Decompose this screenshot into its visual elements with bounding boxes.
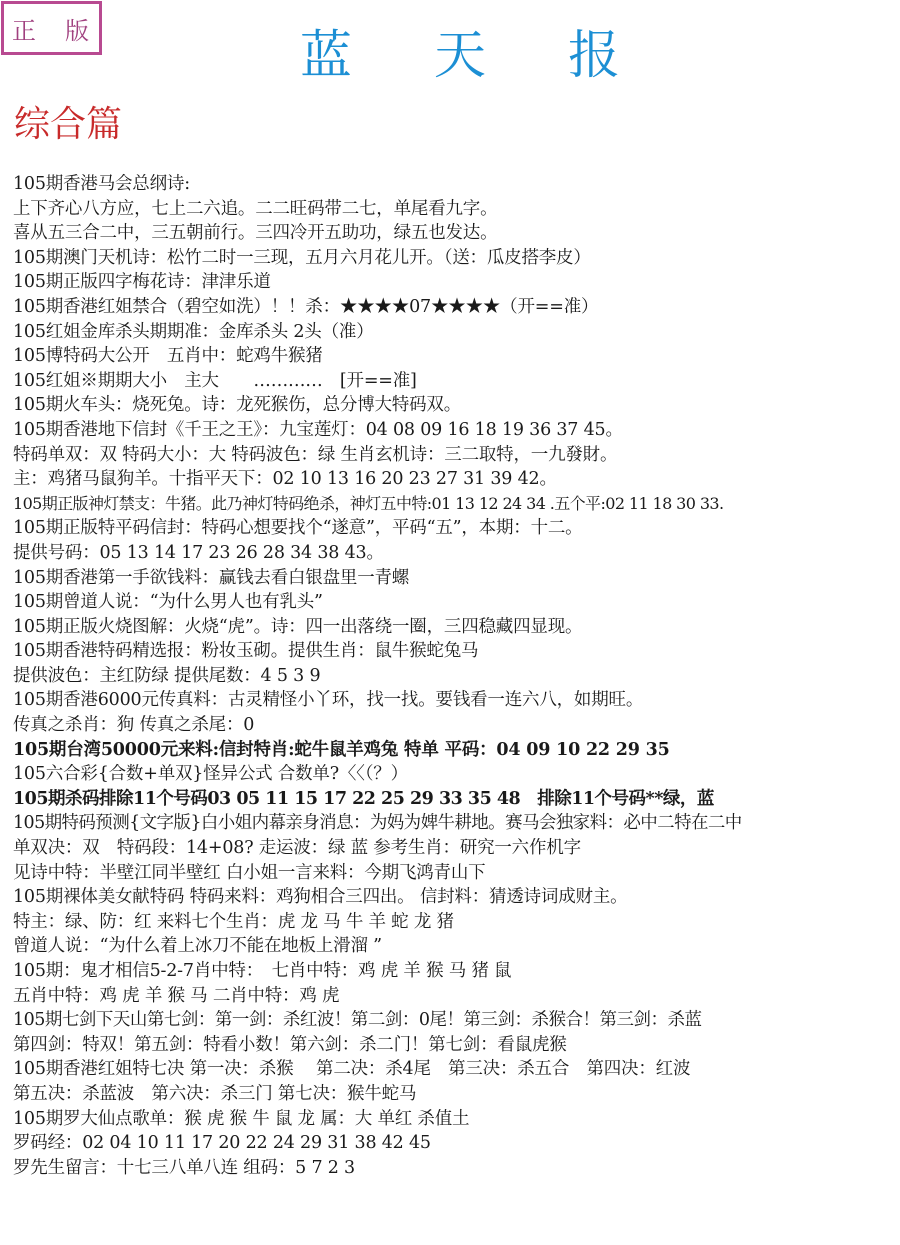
text-line: 105期台湾50000元来料:信封特肖:蛇牛鼠羊鸡兔 特单 平码：04 09 1… — [13, 738, 898, 763]
text-line: 105期正版特平码信封：特码心想要找个“遂意”，平码“五”，本期：十二。 — [13, 516, 898, 541]
text-line: 105期火车头：烧死兔。诗：龙死猴伤，总分博大特码双。 — [13, 393, 898, 418]
text-line: 传真之杀肖：狗 传真之杀尾：0 — [13, 713, 898, 738]
text-line: 105期裸体美女献特码 特码来料：鸡狗相合三四出。 信封料：猜透诗词成财主。 — [13, 885, 898, 910]
text-line: 曾道人说：“为什么着上冰刀不能在地板上滑溜 ” — [13, 934, 898, 959]
text-line: 第四剑：特双！第五剑：特看小数！第六剑：杀二门！第七剑：看鼠虎猴 — [13, 1033, 898, 1058]
authentic-edition-badge: 正 版 — [1, 1, 102, 55]
text-line: 105期正版火烧图解：火烧“虎”。诗：四一出落绕一圈，三四稳藏四显现。 — [13, 615, 898, 640]
text-line: 105期澳门天机诗：松竹二时一三现，五月六月花儿开。（送：瓜皮搭李皮） — [13, 246, 898, 271]
text-line: 105期杀码排除11个号码03 05 11 15 17 22 25 29 33 … — [13, 787, 898, 812]
text-line: 105期罗大仙点歌单：猴 虎 猴 牛 鼠 龙 属：大 单红 杀值土 — [13, 1107, 898, 1132]
text-line: 105期七剑下天山第七剑：第一剑：杀红波！第二剑：0尾！第三剑：杀猴合！第三剑：… — [13, 1008, 898, 1033]
text-line: 105六合彩{合数+单双}怪异公式 合数单?〈〈（？） — [13, 762, 898, 787]
text-line: 105期正版神灯禁支：牛猪。此乃神灯特码绝杀，神灯五中特:01 13 12 24… — [13, 492, 898, 517]
badge-char-left: 正 — [12, 11, 36, 46]
badge-char-right: 版 — [65, 11, 89, 46]
text-line: 105红姐※期期大小 主大 ………… [开==准] — [13, 369, 898, 394]
text-line: 见诗中特：半壁江同半壁红 白小姐一言来料：今期飞鸿青山下 — [13, 861, 898, 886]
text-line: 特码单双：双 特码大小：大 特码波色：绿 生肖玄机诗：三二取特，一九發財。 — [13, 443, 898, 468]
text-line: 第五决：杀蓝波 第六决：杀三门 第七决：猴牛蛇马 — [13, 1082, 898, 1107]
text-line: 喜从五三合二中，三五朝前行。三四冷开五助功，绿五也发达。 — [13, 221, 898, 246]
text-line: 105红姐金库杀头期期准：金库杀头 2头（准） — [13, 320, 898, 345]
masthead-char-2: 天 — [434, 13, 486, 88]
text-line: 主：鸡猪马鼠狗羊。十指平天下：02 10 13 16 20 23 27 31 3… — [13, 467, 898, 492]
section-title: 综合篇 — [14, 96, 122, 147]
text-line: 105期特码预测{文字版}白小姐内幕亲身消息：为妈为婢牛耕地。赛马会独家料：必中… — [13, 811, 898, 836]
text-line: 105期香港红姐特七决 第一决：杀猴 第二决：杀4尾 第三决：杀五合 第四决：红… — [13, 1057, 898, 1082]
text-line: 特主：绿、防：红 来料七个生肖：虎 龙 马 牛 羊 蛇 龙 猪 — [13, 910, 898, 935]
text-line: 单双决：双 特码段：14+08? 走运波：绿 蓝 参考生肖：研究一六作机字 — [13, 836, 898, 861]
text-line: 105期香港马会总纲诗: — [13, 172, 898, 197]
text-line: 105期香港红姐禁合（碧空如洗）！！杀：★★★★07★★★★（开==准） — [13, 295, 898, 320]
text-line: 105期曾道人说：“为什么男人也有乳头” — [13, 590, 898, 615]
text-line: 105博特码大公开 五肖中：蛇鸡牛猴猪 — [13, 344, 898, 369]
masthead-char-3: 报 — [568, 13, 620, 88]
text-line: 105期香港第一手欲钱料：赢钱去看白银盘里一青螺 — [13, 566, 898, 591]
text-line: 105期正版四字梅花诗：津津乐道 — [13, 270, 898, 295]
text-line: 五肖中特：鸡 虎 羊 猴 马 二肖中特：鸡 虎 — [13, 984, 898, 1009]
text-line: 提供号码：05 13 14 17 23 26 28 34 38 43。 — [13, 541, 898, 566]
content-lines: 105期香港马会总纲诗: 上下齐心八方应，七上二六追。二二旺码带二七，单尾看九字… — [13, 172, 898, 1180]
text-line: 提供波色：主红防绿 提供尾数：4 5 3 9 — [13, 664, 898, 689]
text-line: 105期香港特码精选报：粉妆玉砌。提供生肖：鼠牛猴蛇兔马 — [13, 639, 898, 664]
text-line: 105期香港地下信封《千王之王》：九宝莲灯：04 08 09 16 18 19 … — [13, 418, 898, 443]
text-line: 罗码经：02 04 10 11 17 20 22 24 29 31 38 42 … — [13, 1131, 898, 1156]
masthead-title: 蓝 天 报 — [300, 18, 620, 82]
masthead-char-1: 蓝 — [300, 13, 352, 88]
text-line: 罗先生留言：十七三八单八连 组码：5 7 2 3 — [13, 1156, 898, 1181]
text-line: 上下齐心八方应，七上二六追。二二旺码带二七，单尾看九字。 — [13, 197, 898, 222]
text-line: 105期香港6000元传真料：古灵精怪小丫环，找一找。要钱看一连六八，如期旺。 — [13, 688, 898, 713]
text-line: 105期：鬼才相信5-2-7肖中特： 七肖中特：鸡 虎 羊 猴 马 猪 鼠 — [13, 959, 898, 984]
